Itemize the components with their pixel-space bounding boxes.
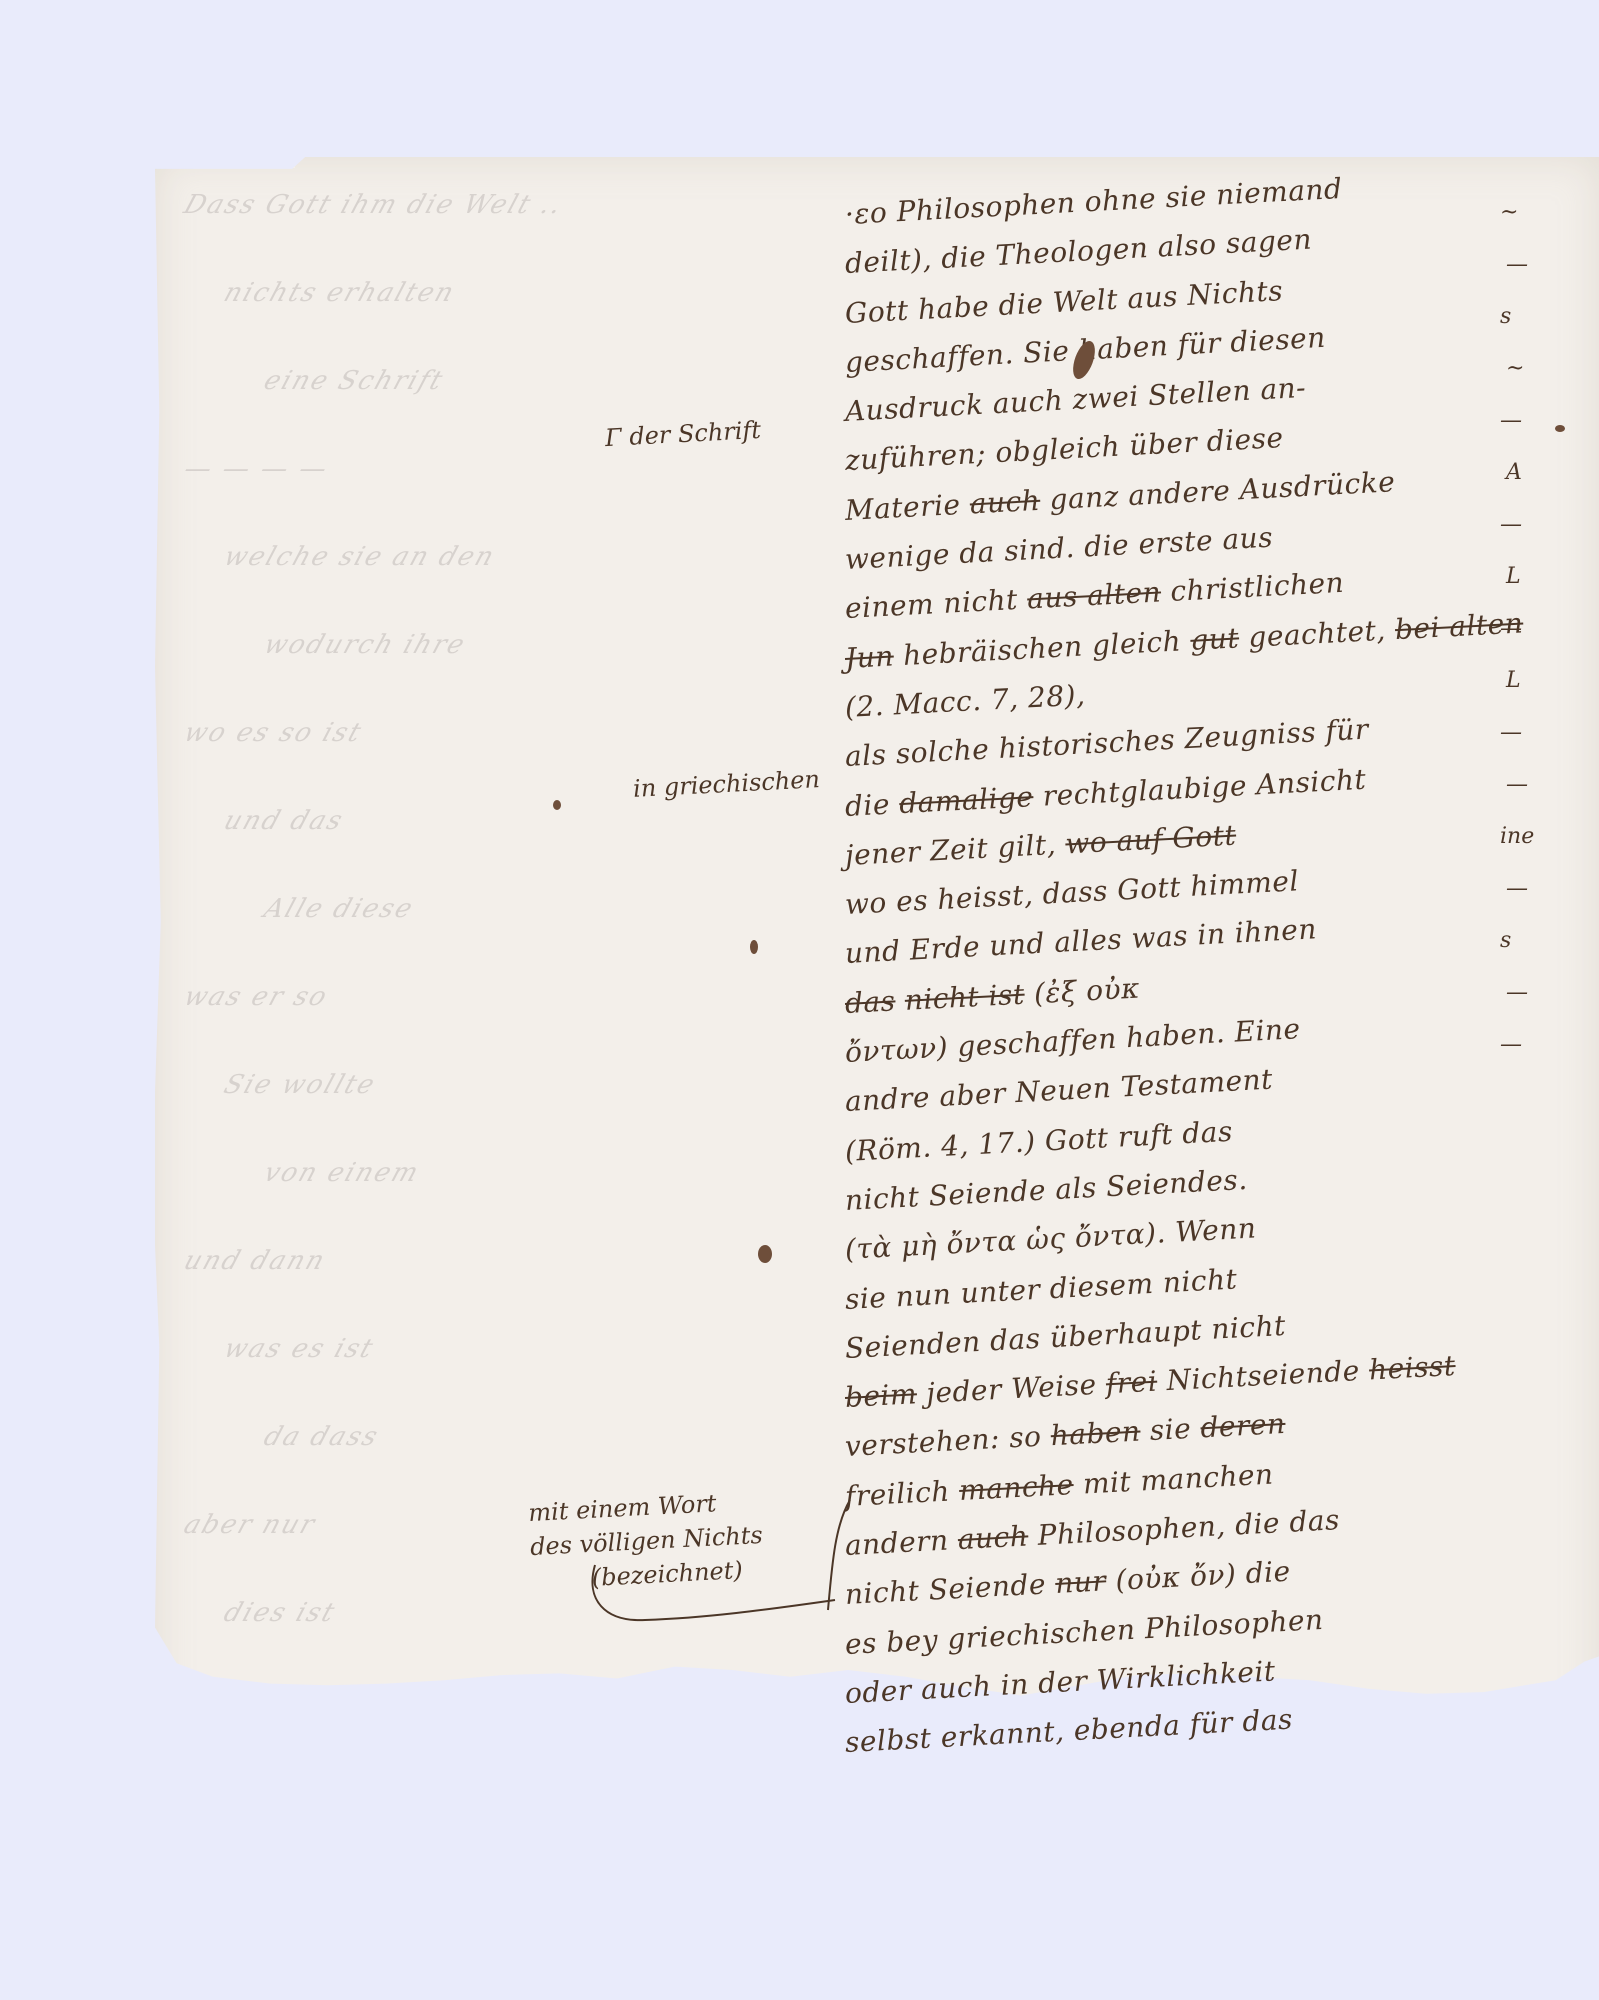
edge-fragment: — xyxy=(1500,720,1522,745)
struck-word: manche xyxy=(958,1468,1074,1507)
struck-word: gut xyxy=(1190,621,1240,657)
struck-word: nicht ist xyxy=(904,977,1026,1016)
bleed-through-line: wo es so ist xyxy=(180,718,366,748)
edge-fragment: L xyxy=(1506,564,1521,589)
edge-fragment: ~ xyxy=(1500,200,1518,225)
main-text-column: ·εο Philosophen ohne sie niemanddeilt), … xyxy=(845,190,1505,1768)
line-text: die xyxy=(844,787,900,823)
line-text: (2. Macc. 7, 28), xyxy=(844,678,1086,724)
line-text: sie xyxy=(1140,1412,1202,1448)
struck-word: haben xyxy=(1050,1415,1141,1453)
bleed-through-line: Sie wollte xyxy=(220,1070,380,1100)
line-text: (ἐξ οὐκ xyxy=(1024,971,1141,1010)
line-text: Philosophen, die das xyxy=(1027,1503,1340,1552)
bleed-through-line: und das xyxy=(220,806,348,836)
struck-word: frei xyxy=(1105,1365,1158,1401)
struck-word: Jun xyxy=(844,639,894,675)
line-text: Nichtseiende xyxy=(1156,1354,1370,1398)
bleed-through-line: was es ist xyxy=(220,1334,378,1364)
bleed-through-line: da dass xyxy=(260,1422,383,1452)
line-text: andern xyxy=(844,1523,959,1562)
edge-fragment: — xyxy=(1506,876,1528,901)
edge-fragment: — xyxy=(1500,408,1522,433)
struck-word: auch xyxy=(957,1519,1029,1556)
line-text: jener Zeit gilt, xyxy=(844,827,1066,872)
right-edge-fragments: ~—s~—A—L—L——ine—s—— xyxy=(1500,160,1599,1760)
bleed-through-line: aber nur xyxy=(180,1510,320,1540)
edge-fragment: — xyxy=(1500,1032,1522,1057)
bleed-through-line: eine Schrift xyxy=(260,366,448,396)
line-text: nicht Seiende xyxy=(844,1567,1056,1611)
struck-word: heisst xyxy=(1368,1349,1456,1386)
line-text: geachtet, xyxy=(1238,613,1396,654)
struck-word: wo auf Gott xyxy=(1064,818,1236,860)
insertion-mark-icon xyxy=(820,1495,860,1615)
line-text: verstehen: so xyxy=(844,1420,1052,1464)
ink-spot xyxy=(553,800,561,810)
edge-fragment: — xyxy=(1506,772,1528,797)
struck-word: auch xyxy=(969,484,1041,521)
line-text: mit manchen xyxy=(1073,1457,1275,1500)
line-text: rechtglaubige Ansicht xyxy=(1032,762,1367,812)
line-text: christlichen xyxy=(1160,566,1345,609)
struck-word: damalige xyxy=(898,780,1034,820)
struck-word: das xyxy=(844,984,896,1020)
bleed-through-line: und dann xyxy=(180,1246,330,1276)
bleed-through-line: wodurch ihre xyxy=(260,630,470,660)
ink-spot xyxy=(758,1245,772,1263)
paper-top-fold xyxy=(155,163,295,168)
struck-word: aus alten xyxy=(1026,576,1162,616)
bleed-through-line: was er so xyxy=(180,982,332,1012)
edge-fragment: s xyxy=(1500,928,1511,953)
line-text: Materie xyxy=(844,487,971,526)
margin-note-bracket-icon xyxy=(585,1560,845,1630)
edge-fragment: A xyxy=(1506,460,1522,485)
bleed-through-line: — — — — xyxy=(180,454,333,484)
line-text: (οὐκ ὄν) die xyxy=(1105,1555,1291,1598)
bleed-through-line: Alle diese xyxy=(260,894,418,924)
line-text: hebräischen gleich xyxy=(893,624,1191,673)
struck-word: nur xyxy=(1054,1565,1107,1601)
edge-fragment: — xyxy=(1500,512,1522,537)
line-text: jeder Weise xyxy=(916,1367,1107,1410)
bleed-through-line: Dass Gott ihm die Welt .. xyxy=(180,190,567,220)
edge-fragment: s xyxy=(1500,304,1511,329)
bleed-through-line: von einem xyxy=(260,1158,424,1188)
edge-fragment: ~ xyxy=(1506,356,1524,381)
edge-fragment: — xyxy=(1506,980,1528,1005)
bleed-through-line: welche sie an den xyxy=(220,542,499,572)
edge-fragment: ine xyxy=(1500,824,1534,849)
edge-fragment: — xyxy=(1506,252,1528,277)
struck-word: deren xyxy=(1200,1407,1287,1444)
bleed-through-line: dies ist xyxy=(220,1598,340,1628)
edge-fragment: — xyxy=(1500,616,1522,641)
line-text: einem nicht xyxy=(844,583,1028,626)
bleed-through-line: nichts erhalten xyxy=(220,278,459,308)
ink-spot xyxy=(750,940,758,954)
edge-fragment: L xyxy=(1506,668,1521,693)
struck-word: beim xyxy=(844,1377,918,1414)
line-text: freilich xyxy=(844,1474,960,1513)
